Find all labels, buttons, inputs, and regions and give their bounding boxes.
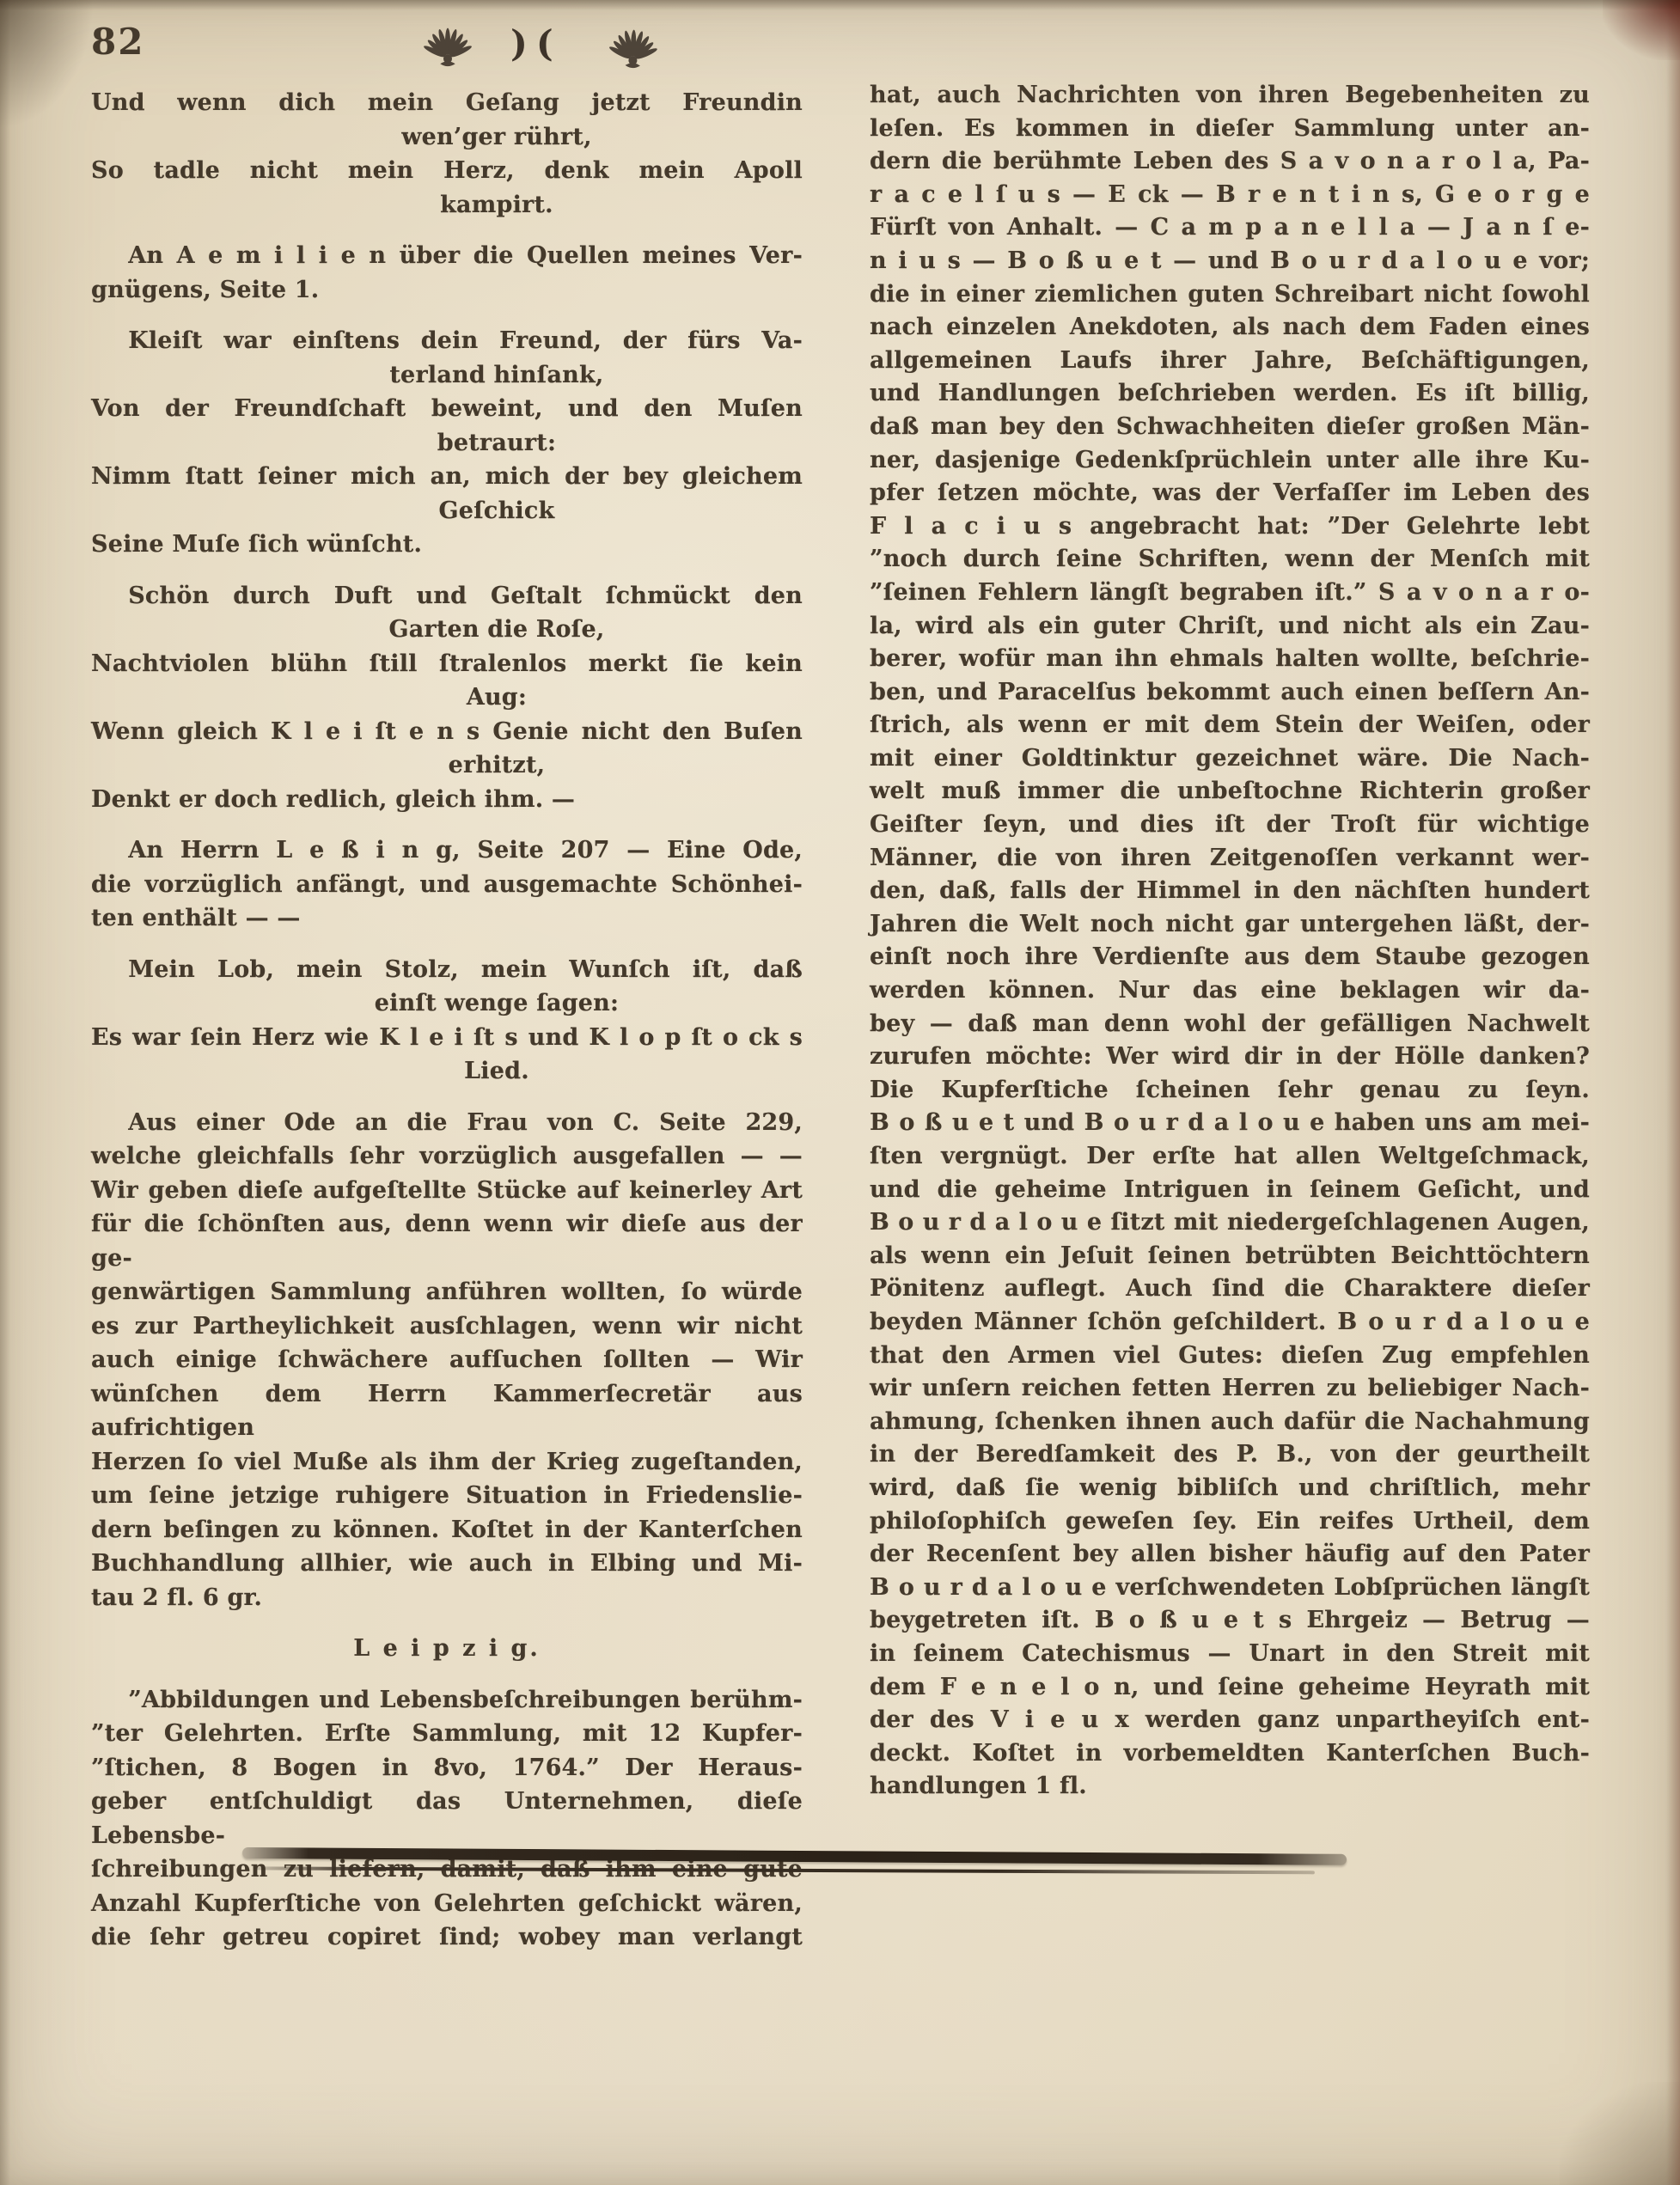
text-line: ahmung, ſchenken ihnen auch dafür die Na… [870, 1406, 1590, 1439]
text-line: ”ſtichen, 8 Bogen in 8vo, 1764.” Der Her… [91, 1751, 803, 1785]
text-line: erhitzt, [91, 748, 803, 783]
heading-block: L e i p z i g. [91, 1632, 803, 1666]
text-line: leſen. Es kommen in dieſer Sammlung unte… [870, 113, 1590, 146]
page-number: 82 [91, 21, 144, 63]
text-line: und die geheime Intriguen in ſeinem Geſi… [870, 1174, 1590, 1207]
text-line: der des V i e u x werden ganz unpartheyi… [870, 1704, 1590, 1737]
text-line: allgemeinen Laufs ihrer Jahre, Beſchäfti… [870, 345, 1590, 378]
text-line: nach einzelen Anekdoten, als nach dem Fa… [870, 311, 1590, 345]
page-edge-left [0, 0, 10, 2185]
para-block: Aus einer Ode an die Frau von C. Seite 2… [91, 1106, 803, 1615]
text-line: B o u r d a l o u e ſitzt mit niedergeſc… [870, 1206, 1590, 1240]
text-line: hat, auch Nachrichten von ihren Begebenh… [870, 79, 1590, 113]
text-line: beygetreten iſt. B o ß u e t s Ehrgeiz —… [870, 1604, 1590, 1638]
text-line: pfer ſetzen möchte, was der Verfaſſer im… [870, 477, 1590, 510]
corner-stain-top-left [0, 0, 95, 129]
text-line: die ſehr getreu copiret ſind; wobey man … [91, 1920, 803, 1955]
text-line: auch einige ſchwächere aufſuchen ſollten… [91, 1343, 803, 1377]
text-line: in ſeinem Catechismus — Unart in den Str… [870, 1638, 1590, 1671]
text-line: Geiſter ſeyn, und dies iſt der Troſt für… [870, 809, 1590, 842]
page-edge-right [1666, 0, 1680, 2185]
text-line: zurufen möchte: Wer wird dir in der Höll… [870, 1041, 1590, 1074]
text-line: der Recenſent bey allen bisher häufig au… [870, 1538, 1590, 1572]
text-line: Wir geben dieſe aufgeſtellte Stücke auf … [91, 1174, 803, 1208]
poem-block: Schön durch Duft und Geſtalt ſchmückt de… [91, 579, 803, 817]
text-line: beyden Männer ſchön geſchildert. B o u r… [870, 1306, 1590, 1340]
text-line: betraurt: [91, 426, 803, 461]
text-line: handlungen 1 fl. [870, 1770, 1590, 1804]
text-line: Geſchick [91, 494, 803, 528]
text-line: berer, wofür man ihn ehmals halten wollt… [870, 643, 1590, 676]
text-line: welt muß immer die unbeſtochne Richterin… [870, 775, 1590, 809]
text-line: L e i p z i g. [91, 1632, 803, 1666]
text-line: Herzen ſo viel Muße als ihm der Krieg zu… [91, 1445, 803, 1480]
text-line: Aug: [91, 681, 803, 715]
para-block: ”Abbildungen und Lebensbeſchreibungen be… [91, 1683, 803, 1955]
text-line: Lied. [91, 1054, 803, 1089]
text-line: wir unſern reichen fetten Herren zu beli… [870, 1372, 1590, 1406]
para-block: hat, auch Nachrichten von ihren Begebenh… [870, 79, 1590, 1804]
para-block: An A e m i l i e n über die Quellen mein… [91, 239, 803, 307]
text-line: dem F e n e l o n, und ſeine geheime Hey… [870, 1671, 1590, 1705]
text-line: Denkt er doch redlich, gleich ihm. — [91, 783, 803, 817]
text-line: und Handlungen beſchrieben werden. Es iſ… [870, 377, 1590, 411]
text-line: Kleiſt war einſtens dein Freund, der für… [91, 324, 803, 358]
text-line: Nachtviolen blühn ſtill ſtralenlos merkt… [91, 647, 803, 681]
text-line: So tadle nicht mein Herz, denk mein Apol… [91, 154, 803, 188]
gathering-mark: )( [510, 22, 562, 64]
text-line: Wenn gleich K l e i ſt e n s Genie nicht… [91, 715, 803, 749]
shell-ornament-icon [423, 21, 473, 69]
para-block: An Herrn L e ß i n g, Seite 207 — Eine O… [91, 833, 803, 936]
text-line: mit einer Goldtinktur gezeichnet wäre. D… [870, 742, 1590, 776]
text-line: es zur Partheylichkeit ausſchlagen, wenn… [91, 1309, 803, 1344]
text-line: kampirt. [91, 188, 803, 223]
text-line: daß man bey den Schwachheiten dieſer gro… [870, 411, 1590, 444]
text-line: ner, dasjenige Gedenkſprüchlein unter al… [870, 444, 1590, 478]
poem-block: Und wenn dich mein Geſang jetzt Freundin… [91, 86, 803, 222]
text-line: Fürſt von Anhalt. — C a m p a n e l l a … [870, 211, 1590, 245]
text-line: philoſophiſch geweſen ſey. Ein reifes Ur… [870, 1505, 1590, 1539]
text-line: terland hinſank, [91, 358, 803, 393]
text-line: werden können. Nur das eine beklagen wir… [870, 974, 1590, 1008]
corner-stain-bottom-right [1560, 2082, 1680, 2185]
text-line: die in einer ziemlichen guten Schreibart… [870, 278, 1590, 312]
text-line: dern die berühmte Leben des S a v o n a … [870, 145, 1590, 179]
text-line: An Herrn L e ß i n g, Seite 207 — Eine O… [91, 833, 803, 868]
text-line: einſt wenge ſagen: [91, 986, 803, 1021]
text-line: ſten vergnügt. Der erſte hat allen Weltg… [870, 1140, 1590, 1174]
text-line: als wenn ein Jeſuit ſeinen betrübten Bei… [870, 1240, 1590, 1273]
text-line: n i u s — B o ß u e t — und B o u r d a … [870, 245, 1590, 278]
divider-thick-line [242, 1847, 1347, 1865]
text-line: bey — daß man denn wohl der gefälligen N… [870, 1008, 1590, 1041]
page-edge-top [0, 0, 1680, 10]
text-line: ”ter Gelehrten. Erſte Sammlung, mit 12 K… [91, 1717, 803, 1751]
text-line: F l a c i u s angebracht hat: ”Der Geleh… [870, 510, 1590, 544]
book-page-scan: 82 )( [0, 0, 1680, 2185]
text-line: B o u r d a l o u e verſchwendeten Lobſp… [870, 1572, 1590, 1605]
text-line: einſt noch ihre Verdienſte aus dem Staub… [870, 941, 1590, 974]
text-line: Mein Lob, mein Stolz, mein Wunſch iſt, d… [91, 953, 803, 987]
text-line: Buchhandlung allhier, wie auch in Elbing… [91, 1547, 803, 1581]
text-line: wird, daß ſie wenig bibliſch und chriſtl… [870, 1472, 1590, 1505]
text-line: um ſeine jetzige ruhigere Situation in F… [91, 1479, 803, 1513]
text-line: gnügens, Seite 1. [91, 273, 803, 308]
text-line: Von der Freundſchaft beweint, und den Mu… [91, 392, 803, 426]
text-line: Seine Muſe ſich wünſcht. [91, 528, 803, 562]
text-line: ”ſeinen Fehlern längſt begraben iſt.” S … [870, 577, 1590, 610]
text-line: dern beſingen zu können. Koſtet in der K… [91, 1513, 803, 1547]
text-line: wen’ger rührt, [91, 120, 803, 155]
text-line: Aus einer Ode an die Frau von C. Seite 2… [91, 1106, 803, 1140]
text-line: ben, und Paracelſus bekommt auch einen b… [870, 676, 1590, 710]
text-line: deckt. Koſtet in vorbemeldten Kanterſche… [870, 1737, 1590, 1771]
text-line: tau 2 fl. 6 gr. [91, 1581, 803, 1615]
text-line: la, wird als ein guter Chriſt, und nicht… [870, 610, 1590, 644]
text-line: An A e m i l i e n über die Quellen mein… [91, 239, 803, 273]
text-line: für die ſchönſten aus, denn wenn wir die… [91, 1207, 803, 1275]
text-line: Schön durch Duft und Geſtalt ſchmückt de… [91, 579, 803, 613]
text-line: ”Abbildungen und Lebensbeſchreibungen be… [91, 1683, 803, 1718]
text-line: ten enthält — — [91, 901, 803, 936]
text-line: in der Beredſamkeit des P. B., von der g… [870, 1438, 1590, 1472]
text-line: welche gleichfalls ſehr vorzüglich ausge… [91, 1139, 803, 1174]
left-text-column: Und wenn dich mein Geſang jetzt Freundin… [91, 86, 803, 1955]
text-line: Garten die Roſe, [91, 613, 803, 647]
text-line: Männer, die von ihren Zeitgenoſſen verka… [870, 842, 1590, 876]
poem-block: Mein Lob, mein Stolz, mein Wunſch iſt, d… [91, 953, 803, 1089]
right-text-column: hat, auch Nachrichten von ihren Begebenh… [870, 79, 1590, 1804]
text-line: den, daß, falls der Himmel in den nächſt… [870, 875, 1590, 908]
text-line: B o ß u e t und B o u r d a l o u e habe… [870, 1107, 1590, 1140]
text-line: Nimm ſtatt ſeiner mich an, mich der bey … [91, 460, 803, 494]
text-line: Pönitenz auflegt. Auch ſind die Charakte… [870, 1273, 1590, 1306]
shell-ornament-icon [608, 21, 659, 71]
text-line: geber entſchuldigt das Unternehmen, dieſ… [91, 1785, 803, 1852]
poem-block: Kleiſt war einſtens dein Freund, der für… [91, 324, 803, 562]
text-line: genwärtigen Sammlung anführen wollten, ſ… [91, 1275, 803, 1309]
text-line: Die Kupferſtiche ſcheinen ſehr genau zu … [870, 1074, 1590, 1108]
text-line: Anzahl Kupferſtiche von Gelehrten geſchi… [91, 1887, 803, 1921]
text-line: Jahren die Welt noch nicht gar untergehe… [870, 908, 1590, 942]
text-line: ſtrich, als wenn er mit dem Stein der We… [870, 709, 1590, 742]
text-line: die vorzüglich anfängt, und ausgemachte … [91, 868, 803, 902]
text-line: that den Armen viel Gutes: dieſen Zug em… [870, 1340, 1590, 1373]
text-line: r a c e l ſ u s — E ck — B r e n t i n s… [870, 179, 1590, 212]
text-line: Und wenn dich mein Geſang jetzt Freundin [91, 86, 803, 120]
text-line: wünſchen dem Herrn Kammerſecretär aus au… [91, 1377, 803, 1445]
text-line: Es war ſein Herz wie K l e i ſt s und K … [91, 1021, 803, 1055]
text-line: ”noch durch ſeine Schriften, wenn der Me… [870, 543, 1590, 577]
